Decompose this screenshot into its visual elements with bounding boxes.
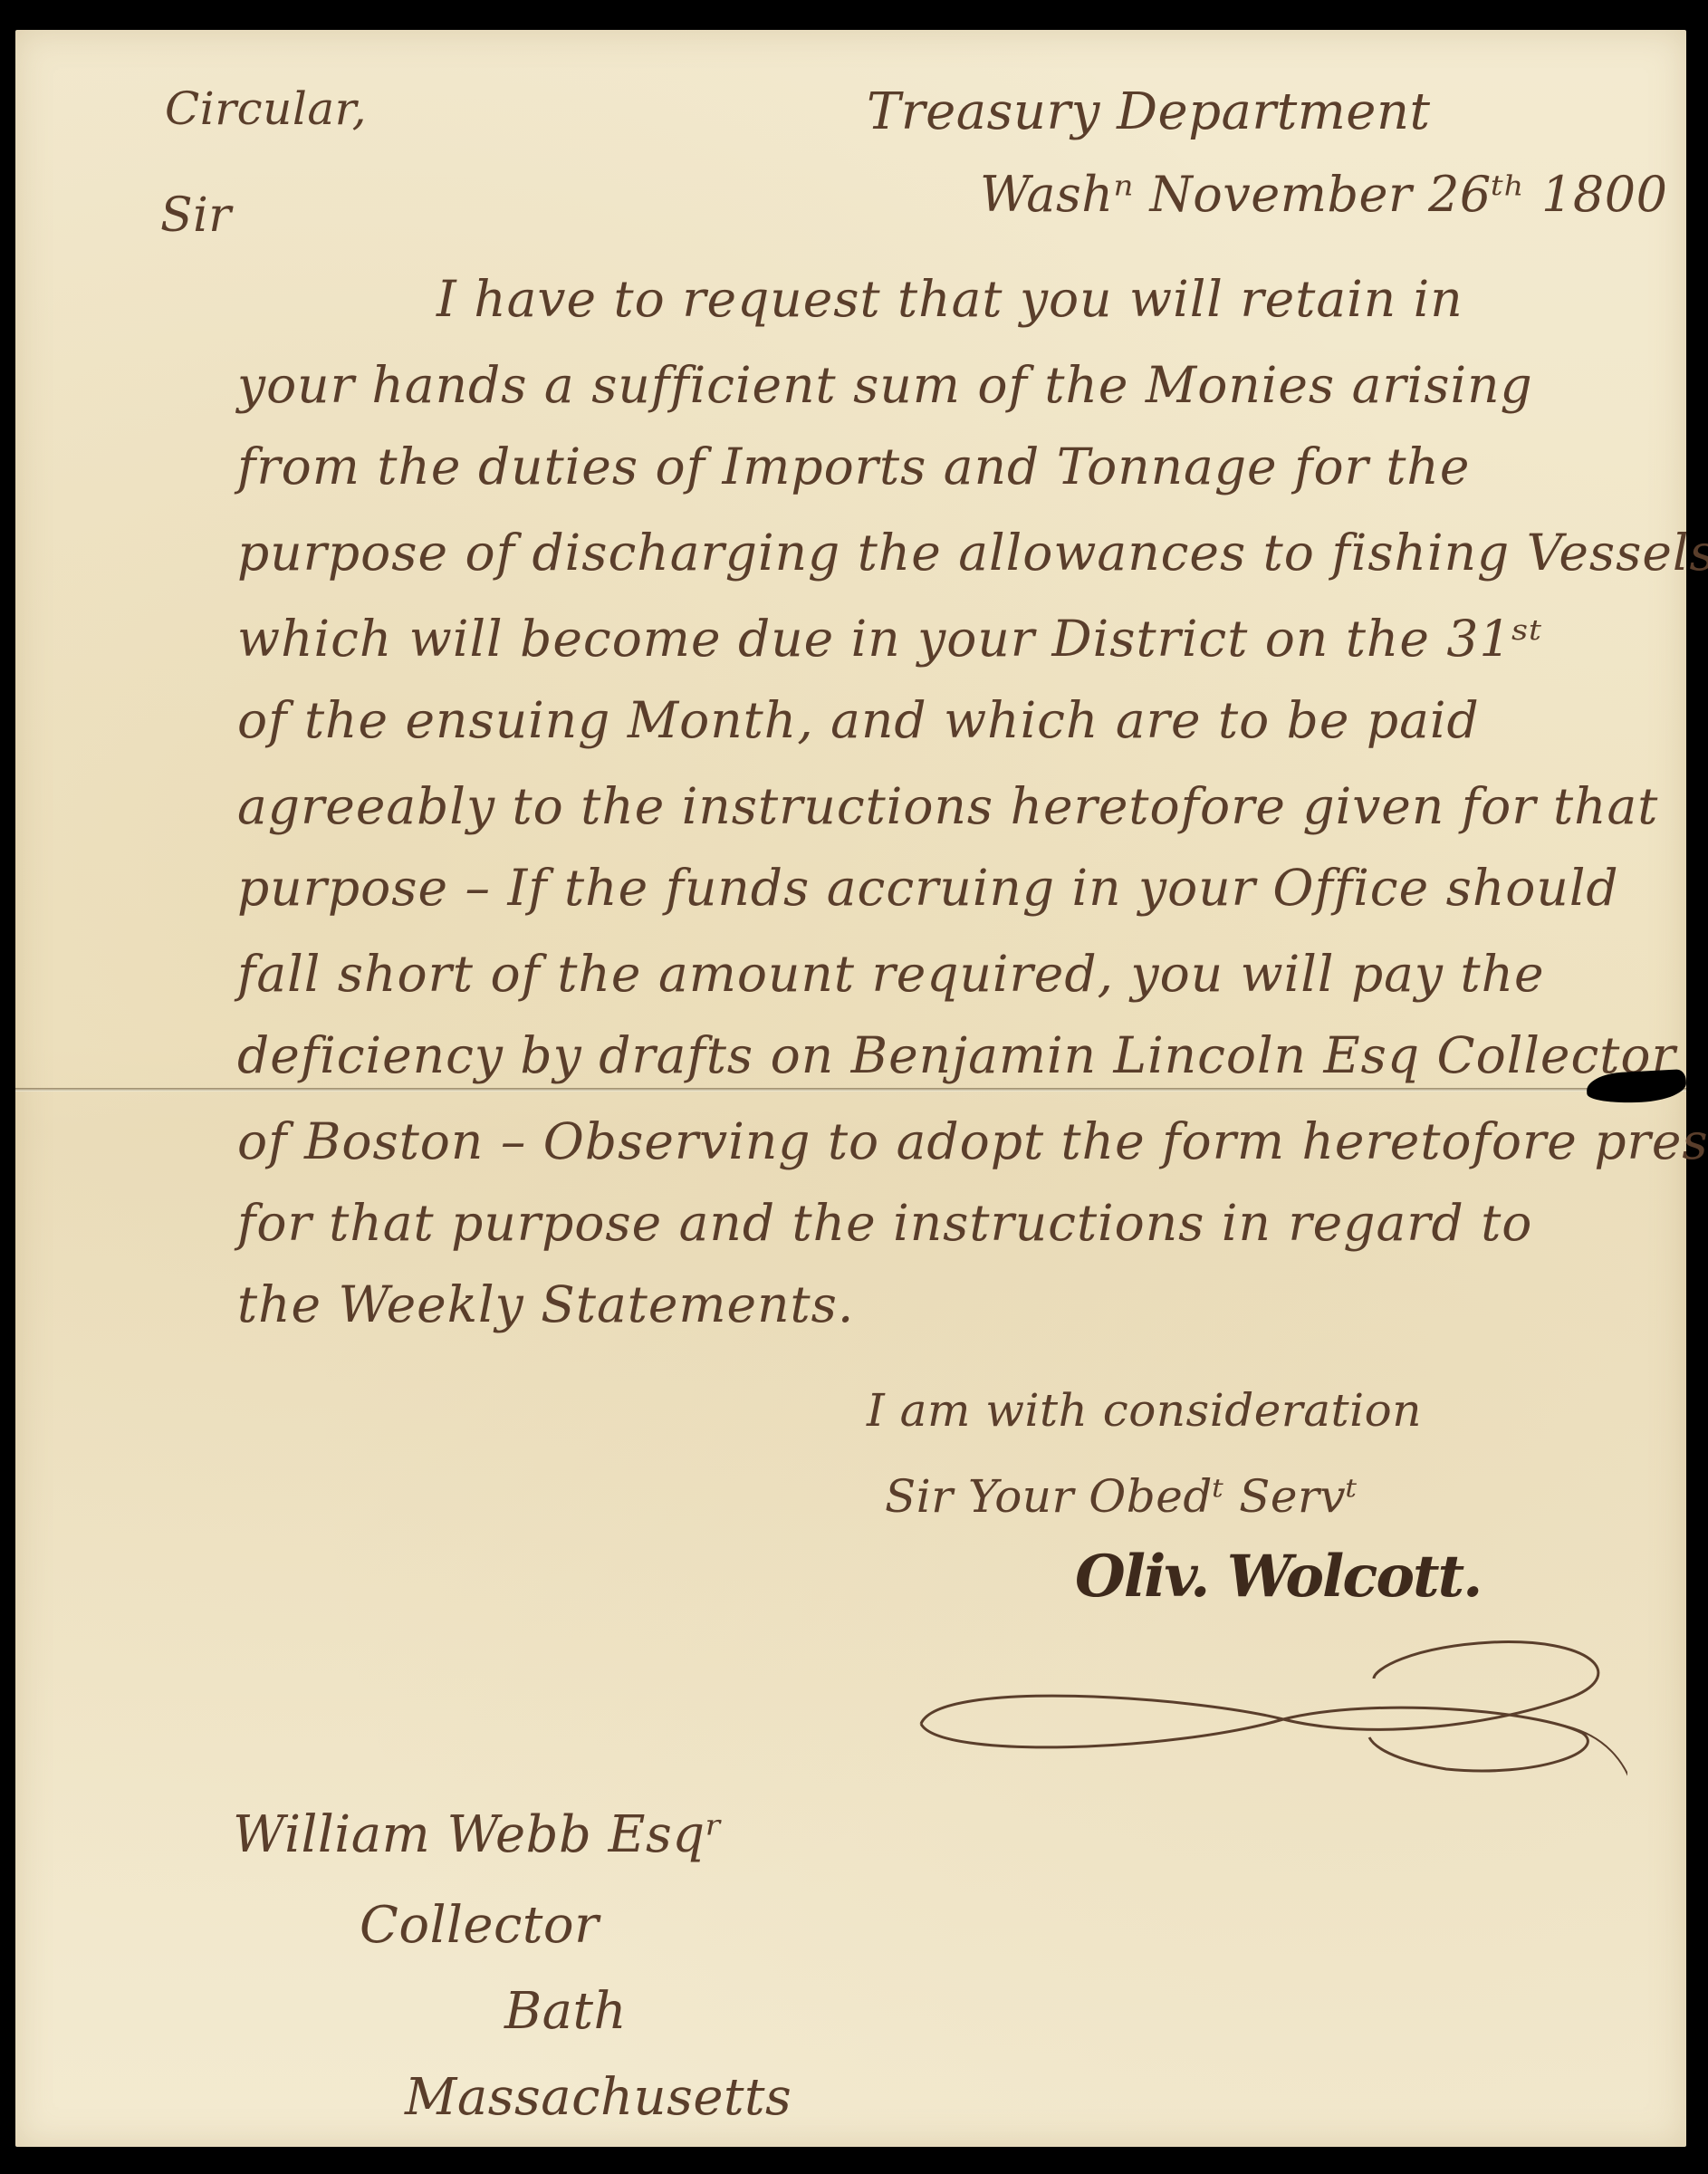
addressee-state: Massachusetts	[405, 2068, 792, 2127]
body-line: agreeably to the instructions heretofore…	[237, 777, 1658, 835]
body-line: fall short of the amount required, you w…	[237, 945, 1545, 1003]
body-line: your hands a sufficient sum of the Monie…	[237, 356, 1533, 414]
signature-flourish-icon	[903, 1624, 1627, 1778]
circular-label: Circular,	[165, 82, 367, 135]
body-line: which will become due in your District o…	[237, 610, 1542, 668]
body-line: I have to request that you will retain i…	[437, 270, 1463, 328]
body-line: for that purpose and the instructions in…	[237, 1194, 1532, 1252]
body-line: from the duties of Imports and Tonnage f…	[237, 438, 1470, 495]
addressee-city: Bath	[504, 1982, 627, 2041]
body-line: purpose of discharging the allowances to…	[237, 524, 1708, 582]
body-line: purpose – If the funds accruing in your …	[237, 859, 1619, 917]
closing-line: Sir Your Obedᵗ Servᵗ	[885, 1470, 1358, 1523]
addressee-name: William Webb Esqʳ	[233, 1805, 724, 1864]
body-line: of the ensuing Month, and which are to b…	[237, 691, 1480, 749]
body-line: deficiency by drafts on Benjamin Lincoln…	[237, 1026, 1676, 1084]
fold-crease	[15, 1088, 1686, 1092]
signature: Oliv. Wolcott.	[1075, 1543, 1481, 1611]
body-line: the Weekly Statements.	[237, 1275, 854, 1333]
addressee-title: Collector	[360, 1896, 599, 1955]
salutation: Sir	[160, 188, 232, 243]
date-line: Washⁿ November 26ᵗʰ 1800	[980, 166, 1667, 223]
closing-line: I am with consideration	[867, 1384, 1422, 1437]
letter-paper: Circular, Treasury Department Washⁿ Nove…	[15, 30, 1686, 2147]
body-line: of Boston – Observing to adopt the form …	[237, 1112, 1708, 1170]
department-heading: Treasury Department	[867, 82, 1431, 141]
